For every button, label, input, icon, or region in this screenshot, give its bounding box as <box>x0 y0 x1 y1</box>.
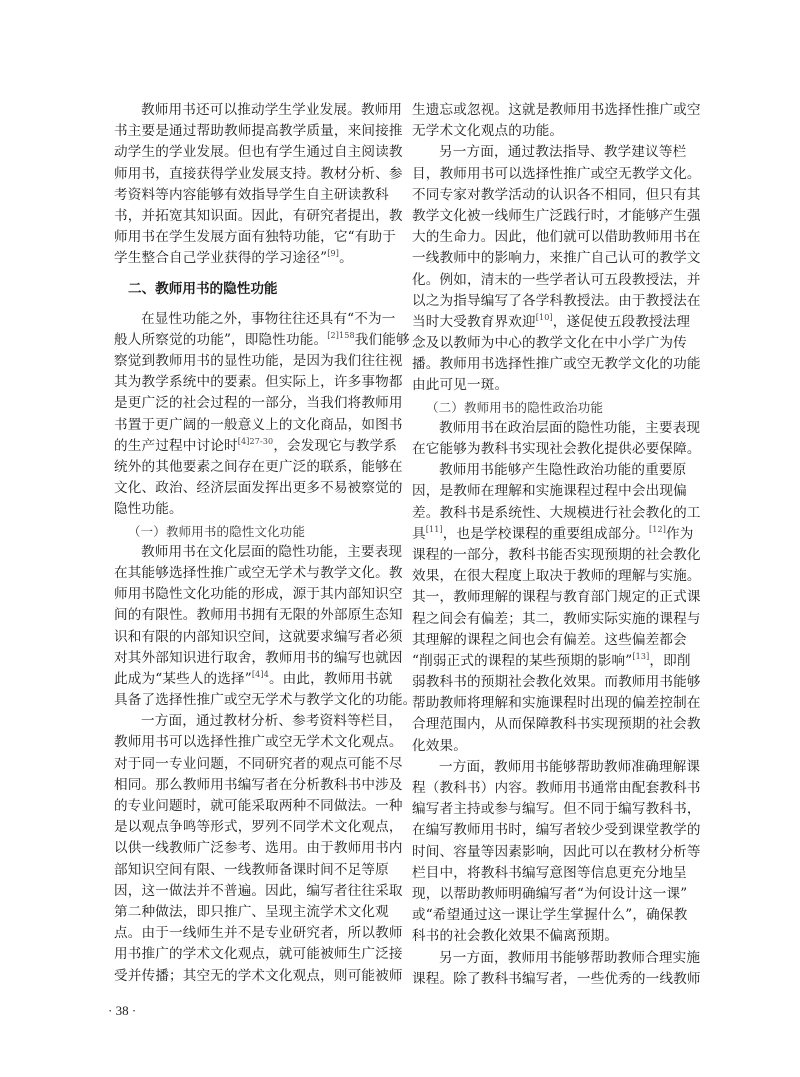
section-heading: 二、教师用书的隐性功能 <box>114 279 403 300</box>
text-line: 教师用书在文化层面的隐性功能，主要表现 <box>114 542 403 563</box>
text-line: 般人所察觉的功能”，即隐性功能。[2]158我们能够 <box>114 330 403 351</box>
text-line: 隐性功能。 <box>114 499 403 520</box>
text-line: 因，这一做法并不普遍。因此，编写者往往采取 <box>114 881 403 902</box>
citation: [2]158 <box>327 331 355 340</box>
text-line: 第二种做法，即只推广、呈现主流学术文化观 <box>114 902 403 923</box>
citation: [9] <box>327 249 339 258</box>
paragraph: 在显性功能之外，事物往往还具有“不为一 般人所察觉的功能”，即隐性功能。[2]1… <box>114 309 403 521</box>
text-line: 效果，在很大程度上取决于教师的理解与实施。 <box>412 566 701 587</box>
paragraph: 教师用书在文化层面的隐性功能，主要表现 在其能够选择性推广或空无学术与教学文化。… <box>114 542 403 712</box>
text-line: 程（教科书）内容。教师用书通常由配套教科书 <box>412 778 701 799</box>
text-line: 教学文化被一线师生广泛践行时，才能够产生强 <box>412 206 701 227</box>
paragraph: 生遗忘或忽视。这就是教师用书选择性推广或空 无学术文化观点的功能。 <box>412 100 701 142</box>
text-span: 的生产过程中讨论时 <box>114 438 238 454</box>
text-line: 无学术文化观点的功能。 <box>412 121 701 142</box>
text-line: 相同。那么教师用书编写者在分析教科书中涉及 <box>114 775 403 796</box>
text-line: 点。由于一线师生并不是专业研究者，所以教师 <box>114 923 403 944</box>
right-column: 生遗忘或忽视。这就是教师用书选择性推广或空 无学术文化观点的功能。 另一方面，通… <box>412 100 701 990</box>
text-line: 大的生命力。因此，他们就可以借助教师用书在 <box>412 227 701 248</box>
text-line: 化效果。 <box>412 736 701 757</box>
text-line: 对于同一专业问题，不同研究者的观点可能不尽 <box>114 754 403 775</box>
citation: [4]4 <box>252 670 269 679</box>
text-line: 以供一线教师广泛参考、选用。由于教师用书内 <box>114 838 403 859</box>
text-line: 化。例如，清末的一些学者认可五段教授法，并 <box>412 270 701 291</box>
text-line: 或“希望通过这一课让学生掌握什么”，确保教 <box>412 905 701 926</box>
text-line: 一方面，通过教材分析、参考资料等栏目， <box>114 711 403 732</box>
text-line: 一线教师中的影响力，来推广自己认可的教学文 <box>412 248 701 269</box>
text-line: 间的有限性。教师用书拥有无限的外部原生态知 <box>114 605 403 626</box>
paragraph: 另一方面，通过教法指导、教学建议等栏 目，教师用书可以选择性推广或空无教学文化。… <box>412 142 701 396</box>
text-span: 般人所察觉的功能”，即隐性功能。 <box>114 332 327 348</box>
text-line: 统外的其他要素之间存在更广泛的联系，能够在 <box>114 457 403 478</box>
text-line: 在它能够为教科书实现社会教化提供必要保障。 <box>412 439 701 460</box>
text-line: 师用书，直接获得学业发展支持。教材分析、参 <box>114 164 403 185</box>
text-line: 的生产过程中讨论时[4]27-30，会发现它与教学系 <box>114 436 403 457</box>
text-line: 差。教科书是系统性、大规模进行社会教化的工 <box>412 503 701 524</box>
text-line: 另一方面，通过教法指导、教学建议等栏 <box>412 142 701 163</box>
citation: [10] <box>536 313 553 322</box>
text-line: 师用书隐性文化功能的形成，源于其内部知识空 <box>114 584 403 605</box>
text-line: 教师用书还可以推动学生学业发展。教师用 <box>114 100 403 121</box>
text-line: 课程的一部分，教科书能否实现预期的社会教化 <box>412 545 701 566</box>
text-line: 以之为指导编写了各学科教授法。由于教授法在 <box>412 291 701 312</box>
text-span: 学生整合自己学业获得的学习途径” <box>114 250 327 266</box>
text-line: 是以观点争鸣等形式，罗列不同学术文化观点， <box>114 817 403 838</box>
paragraph: 一方面，教师用书能够帮助教师准确理解课 程（教科书）内容。教师用书通常由配套教科… <box>412 757 701 948</box>
subsection-heading: （一）教师用书的隐性文化功能 <box>114 521 403 542</box>
text-line: 识和有限的内部知识空间，这就要求编写者必须 <box>114 627 403 648</box>
text-line: 书，并拓宽其知识面。因此，有研究者提出，教 <box>114 206 403 227</box>
text-line: 科书的社会教化效果不偏离预期。 <box>412 926 701 947</box>
text-line: 学生整合自己学业获得的学习途径”[9]。 <box>114 248 403 269</box>
text-line: “削弱正式的课程的某些预期的影响”[13]，即削 <box>412 651 701 672</box>
text-line: 其为教学系统中的要素。但实际上，许多事物都 <box>114 372 403 393</box>
text-line: 另一方面，教师用书能够帮助教师合理实施 <box>412 948 701 969</box>
text-line: 栏目中，将教科书编写意图等信息更充分地呈 <box>412 863 701 884</box>
text-line: 现，以帮助教师明确编写者“为何设计这一课” <box>412 884 701 905</box>
paragraph: 教师用书还可以推动学生学业发展。教师用 书主要是通过帮助教师提高教学质量，来间接… <box>114 100 403 270</box>
citation: [12] <box>649 525 666 534</box>
text-line: 察觉到教师用书的显性功能，是因为我们往往视 <box>114 351 403 372</box>
text-span: “削弱正式的课程的某些预期的影响” <box>412 653 632 669</box>
subsection-heading: （二）教师用书的隐性政治功能 <box>412 397 701 418</box>
text-line: 播。教师用书选择性推广或空无教学文化的功能 <box>412 354 701 375</box>
text-span: 具 <box>412 526 426 542</box>
text-span: 。由此，教师用书就 <box>269 671 393 687</box>
text-span: 当时大受教育界欢迎 <box>412 314 536 330</box>
text-line: 时间、容量等因素影响，因此可以在教材分析等 <box>412 842 701 863</box>
text-line: 帮助教师将理解和实施课程时出现的偏差控制在 <box>412 693 701 714</box>
text-line: 的专业问题时，就可能采取两种不同做法。一种 <box>114 796 403 817</box>
text-line: 当时大受教育界欢迎[10]，遂促使五段教授法理 <box>412 312 701 333</box>
citation: [13] <box>632 652 649 661</box>
text-line: 合理范围内，从而保障教科书实现预期的社会教 <box>412 714 701 735</box>
text-line: 书置于更广阔的一般意义上的文化商品，如图书 <box>114 415 403 436</box>
text-line: 书主要是通过帮助教师提高教学质量，来间接推 <box>114 121 403 142</box>
text-line: 师用书在学生发展方面有独特功能，它“有助于 <box>114 227 403 248</box>
text-line: 教师用书在政治层面的隐性功能，主要表现 <box>412 418 701 439</box>
text-line: 不同专家对教学活动的认识各不相同，但只有其 <box>412 185 701 206</box>
text-line: 程之间会有偏差；其二，教师实际实施的课程与 <box>412 609 701 630</box>
text-line: 具备了选择性推广或空无学术与教学文化的功能。 <box>114 690 403 711</box>
text-line: 在显性功能之外，事物往往还具有“不为一 <box>114 309 403 330</box>
text-span: 作为 <box>666 526 694 542</box>
paragraph: 另一方面，教师用书能够帮助教师合理实施 课程。除了教科书编写者，一些优秀的一线教… <box>412 948 701 990</box>
text-line: 编写者主持或参与编写。但不同于编写教科书， <box>412 799 701 820</box>
text-line: 具[11]，也是学校课程的重要组成部分。[12]作为 <box>412 524 701 545</box>
text-line: 由此可见一斑。 <box>412 375 701 396</box>
text-line: 弱教科书的预期社会教化效果。而教师用书能够 <box>412 672 701 693</box>
paragraph: 一方面，通过教材分析、参考资料等栏目， 教师用书可以选择性推广或空无学术文化观点… <box>114 711 403 986</box>
text-line: 其理解的课程之间也会有偏差。这些偏差都会 <box>412 630 701 651</box>
document-page: 教师用书还可以推动学生学业发展。教师用 书主要是通过帮助教师提高教学质量，来间接… <box>0 0 800 1077</box>
text-span: ，也是学校课程的重要组成部分。 <box>443 526 649 542</box>
text-line: 考资料等内容能够有效指导学生自主研读教科 <box>114 185 403 206</box>
text-span: ，遂促使五段教授法理 <box>553 314 690 330</box>
text-line: 此成为“某些人的选择”[4]4。由此，教师用书就 <box>114 669 403 690</box>
text-line: 因，是教师在理解和实施课程过程中会出现偏 <box>412 481 701 502</box>
text-line: 部知识空间有限、一线教师备课时间不足等原 <box>114 860 403 881</box>
text-line: 动学生的学业发展。但也有学生通过自主阅读教 <box>114 142 403 163</box>
text-line: 是更广泛的社会过程的一部分，当我们将教师用 <box>114 393 403 414</box>
citation: [11] <box>426 525 443 534</box>
text-line: 用书推广的学术文化观点，就可能被师生广泛接 <box>114 944 403 965</box>
paragraph: 教师用书能够产生隐性政治功能的重要原 因，是教师在理解和实施课程过程中会出现偏 … <box>412 460 701 757</box>
text-line: 课程。除了教科书编写者，一些优秀的一线教师 <box>412 969 701 990</box>
text-line: 其一，教师理解的课程与教育部门规定的正式课 <box>412 587 701 608</box>
text-line: 一方面，教师用书能够帮助教师准确理解课 <box>412 757 701 778</box>
text-line: 对其外部知识进行取舍，教师用书的编写也就因 <box>114 648 403 669</box>
text-line: 念及以教师为中心的教学文化在中小学广为传 <box>412 333 701 354</box>
paragraph: 教师用书在政治层面的隐性功能，主要表现 在它能够为教科书实现社会教化提供必要保障… <box>412 418 701 460</box>
left-column: 教师用书还可以推动学生学业发展。教师用 书主要是通过帮助教师提高教学质量，来间接… <box>114 100 403 987</box>
citation: [4]27-30 <box>238 437 274 446</box>
text-line: 目，教师用书可以选择性推广或空无教学文化。 <box>412 164 701 185</box>
text-line: 教师用书能够产生隐性政治功能的重要原 <box>412 460 701 481</box>
text-span: 我们能够 <box>355 332 410 348</box>
text-span: ，即削 <box>649 653 690 669</box>
text-line: 文化、政治、经济层面发挥出更多不易被察觉的 <box>114 478 403 499</box>
text-span: 。 <box>339 250 353 266</box>
text-span: 此成为“某些人的选择” <box>114 671 252 687</box>
text-line: 在其能够选择性推广或空无学术与教学文化。教 <box>114 563 403 584</box>
text-line: 在编写教师用书时，编写者较少受到课堂教学的 <box>412 820 701 841</box>
text-line: 生遗忘或忽视。这就是教师用书选择性推广或空 <box>412 100 701 121</box>
text-span: ，会发现它与教学系 <box>273 438 397 454</box>
text-line: 受并传播；其空无的学术文化观点，则可能被师 <box>114 966 403 987</box>
page-number: · 38 · <box>108 1003 136 1019</box>
text-line: 教师用书可以选择性推广或空无学术文化观点。 <box>114 732 403 753</box>
